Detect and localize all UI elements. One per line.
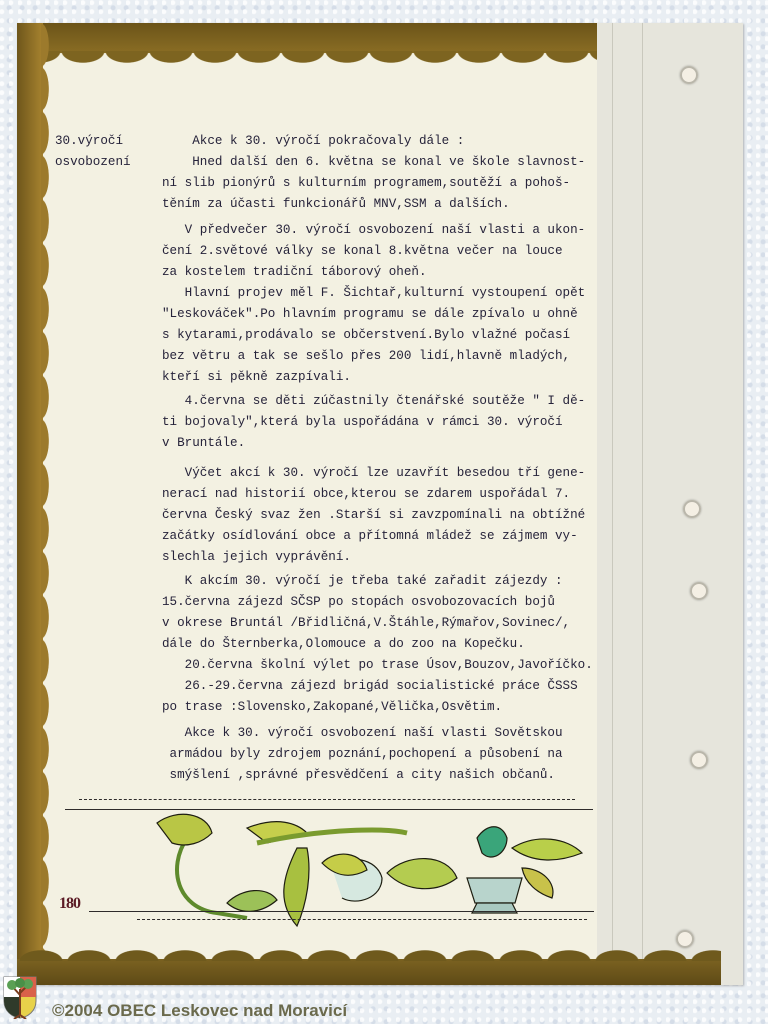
floral-ornament: [147, 808, 587, 928]
text-line: Akce k 30. výročí pokračovaly dále :: [162, 131, 612, 152]
text-line: bez větru a tak se sešlo přes 200 lidí,h…: [162, 346, 612, 367]
text-line: Hned další den 6. května se konal ve ško…: [162, 152, 612, 173]
text-line: smýšlení ,správné přesvědčení a city naš…: [162, 765, 612, 786]
paragraph: Akce k 30. výročí pokračovaly dále : Hne…: [162, 131, 612, 215]
text-line: Hlavní projev měl F. Šichtař,kulturní vy…: [162, 283, 612, 304]
text-line: Akce k 30. výročí osvobození naší vlasti…: [162, 723, 612, 744]
margin-note-line: 30.výročí: [55, 131, 131, 152]
text-line: začátky osídlování obce a přítomná mláde…: [162, 526, 612, 547]
text-line: června Český svaz žen .Starší si zavzpom…: [162, 505, 612, 526]
text-line: 26.-29.června zájezd brigád socialistick…: [162, 676, 612, 697]
paragraph: Akce k 30. výročí osvobození naší vlasti…: [162, 723, 612, 786]
paragraph: 4.června se děti zúčastnily čtenářské so…: [162, 391, 612, 454]
text-line: armádou byly zdrojem poznání,pochopení a…: [162, 744, 612, 765]
coat-of-arms-icon: [2, 975, 38, 1019]
text-line: kteří si pěkně zazpívali.: [162, 367, 612, 388]
bottom-dashed-rule: [137, 919, 587, 920]
album-page: 30.výročí osvobození Akce k 30. výročí p…: [17, 23, 743, 985]
text-line: v Bruntále.: [162, 433, 612, 454]
text-line: 15.června zájezd SČSP po stopách osvoboz…: [162, 592, 612, 613]
page-number: 180: [59, 895, 80, 913]
copyright-text: ©2004 OBEC Leskovec nad Moravicí: [52, 1001, 347, 1021]
text-line: V předvečer 30. výročí osvobození naší v…: [162, 220, 612, 241]
text-line: v okrese Bruntál /Břidličná,V.Štáhle,Rým…: [162, 613, 612, 634]
paragraph: V předvečer 30. výročí osvobození naší v…: [162, 220, 612, 388]
text-line: 20.června školní výlet po trase Úsov,Bou…: [162, 655, 612, 676]
text-line: ti bojovaly",která byla uspořádána v rám…: [162, 412, 612, 433]
text-line: dále do Šternberka,Olomouce a do zoo na …: [162, 634, 612, 655]
text-line: čení 2.světové války se konal 8.května v…: [162, 241, 612, 262]
text-line: za kostelem tradiční táborový oheň.: [162, 262, 612, 283]
watermark-footer: ©2004 OBEC Leskovec nad Moravicí: [0, 975, 768, 1024]
text-line: nerací nad historií obce,kterou se zdare…: [162, 484, 612, 505]
text-line: K akcím 30. výročí je třeba také zařadit…: [162, 571, 612, 592]
text-line: s kytarami,prodávalo se občerstvení.Bylo…: [162, 325, 612, 346]
paragraph: K akcím 30. výročí je třeba také zařadit…: [162, 571, 612, 718]
text-line: těním za účasti funkcionářů MNV,SSM a da…: [162, 194, 612, 215]
text-line: slechla jejich vyprávění.: [162, 547, 612, 568]
text-line: Výčet akcí k 30. výročí lze uzavřít bese…: [162, 463, 612, 484]
bottom-rule: [89, 911, 594, 912]
text-line: ní slib pionýrů s kulturním programem,so…: [162, 173, 612, 194]
text-line: 4.června se děti zúčastnily čtenářské so…: [162, 391, 612, 412]
margin-note-line: osvobození: [55, 152, 131, 173]
text-line: "Leskováček".Po hlavním programu se dále…: [162, 304, 612, 325]
margin-note: 30.výročí osvobození: [55, 131, 131, 173]
text-line: po trase :Slovensko,Zakopané,Vělička,Osv…: [162, 697, 612, 718]
paragraph: Výčet akcí k 30. výročí lze uzavřít bese…: [162, 463, 612, 568]
dashed-rule: [79, 799, 575, 800]
typewritten-content: 30.výročí osvobození Akce k 30. výročí p…: [17, 23, 743, 985]
